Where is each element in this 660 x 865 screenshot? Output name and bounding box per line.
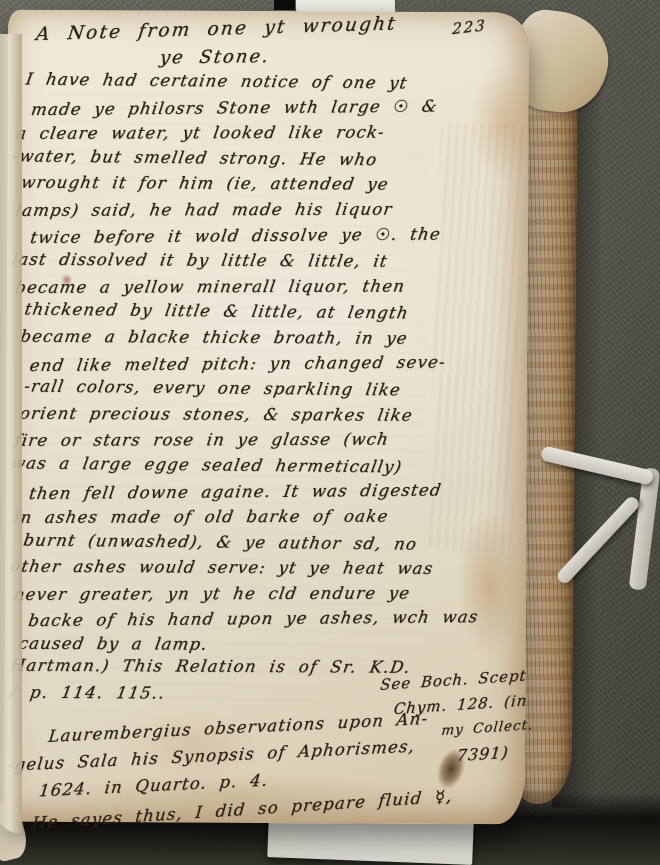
text-line: then fell downe againe. It was digested bbox=[27, 476, 524, 506]
text-line: a cleare water, yt looked like rock- bbox=[14, 119, 511, 146]
text-line: made ye philosrs Stone wth large ☉ & bbox=[29, 92, 526, 122]
top-edge-gap bbox=[274, 0, 295, 10]
text-line: lamps) said, he had made his liquor bbox=[14, 196, 511, 223]
citation-block: Hartman.) This Relation is of Sr. K.D./ … bbox=[10, 652, 410, 708]
note-title-line2: ye Stone. bbox=[158, 46, 271, 68]
text-line: fire or stars rose in ye glasse (wch bbox=[13, 426, 510, 453]
photograph-background: A Note from one yt wrought ye Stone. 223… bbox=[0, 0, 660, 865]
text-line: last dissolved it by little & little, it bbox=[10, 247, 506, 275]
text-line: twice before it wold dissolve ye ☉. the bbox=[29, 220, 526, 250]
page-number: 223 bbox=[452, 16, 487, 38]
adjacent-page-edge bbox=[0, 34, 22, 834]
text-line: became a yellow minerall liquor, then bbox=[13, 273, 510, 300]
text-line: other ashes would serve: yt ye heat was bbox=[8, 554, 504, 582]
second-entry: Laurembergius observations upon An--gelu… bbox=[6, 701, 511, 833]
manuscript-page: A Note from one yt wrought ye Stone. 223… bbox=[4, 10, 529, 825]
note-title-line1: A Note from one yt wrought bbox=[35, 13, 398, 45]
text-line: Hartman.) This Relation is of Sr. K.D. bbox=[8, 652, 413, 681]
note-body: I have had certaine notice of one ytmade… bbox=[19, 68, 514, 659]
text-line: / p. 114. 115.. bbox=[8, 679, 413, 708]
text-line: backe of his hand upon ye ashes, wch was bbox=[27, 604, 524, 634]
text-line: never greater, yn yt he cld endure ye bbox=[12, 580, 509, 607]
tie-strap-end bbox=[629, 467, 660, 590]
text-line: wrought it for him (ie, attended ye bbox=[19, 170, 515, 198]
text-line: became a blacke thicke broath, in ye bbox=[18, 324, 514, 352]
text-line: was a large egge sealed hermetically) bbox=[9, 450, 505, 481]
text-line: -rall colors, every one sparkling like bbox=[22, 374, 518, 405]
text-line: in ashes made of old barke of oake bbox=[12, 503, 509, 530]
text-line: thickened by little & little, at length bbox=[23, 297, 519, 328]
text-line: orient precious stones, & sparkes like bbox=[18, 400, 514, 428]
